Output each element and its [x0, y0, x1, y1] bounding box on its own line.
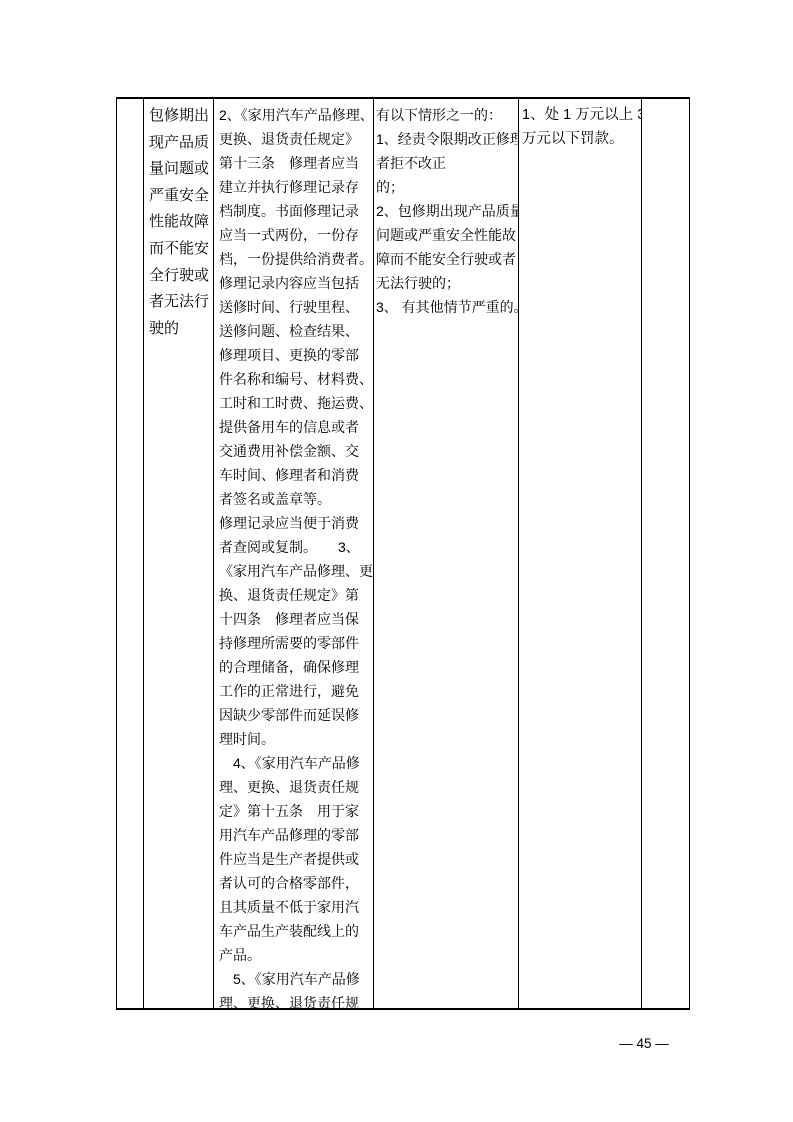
table-cell-penalty: 1、处 1 万元以上 3 万元以下罚款。 — [519, 99, 642, 1008]
document-page: 包修期出 现产品质 量问题或 严重安全 性能故障 而不能安 全行驶或 者无法行 … — [0, 0, 793, 1122]
table-cell-spacer-left — [117, 99, 144, 1008]
table-cell-violation-circumstances: 有以下情形之一的： 1、经责令限期改正修理 者拒不改正 的； 2、包修期出现产品… — [374, 99, 519, 1008]
regulation-table: 包修期出 现产品质 量问题或 严重安全 性能故障 而不能安 全行驶或 者无法行 … — [116, 97, 690, 1010]
table-cell-violation-item: 包修期出 现产品质 量问题或 严重安全 性能故障 而不能安 全行驶或 者无法行 … — [144, 99, 214, 1008]
table-cell-spacer-right — [642, 99, 689, 1008]
page-number: — 45 — — [612, 1036, 676, 1052]
table-cell-legal-basis: 2、《家用汽车产品修理、 更换、退货责任规定》 第十三条 修理者应当 建立并执行… — [214, 99, 374, 1008]
